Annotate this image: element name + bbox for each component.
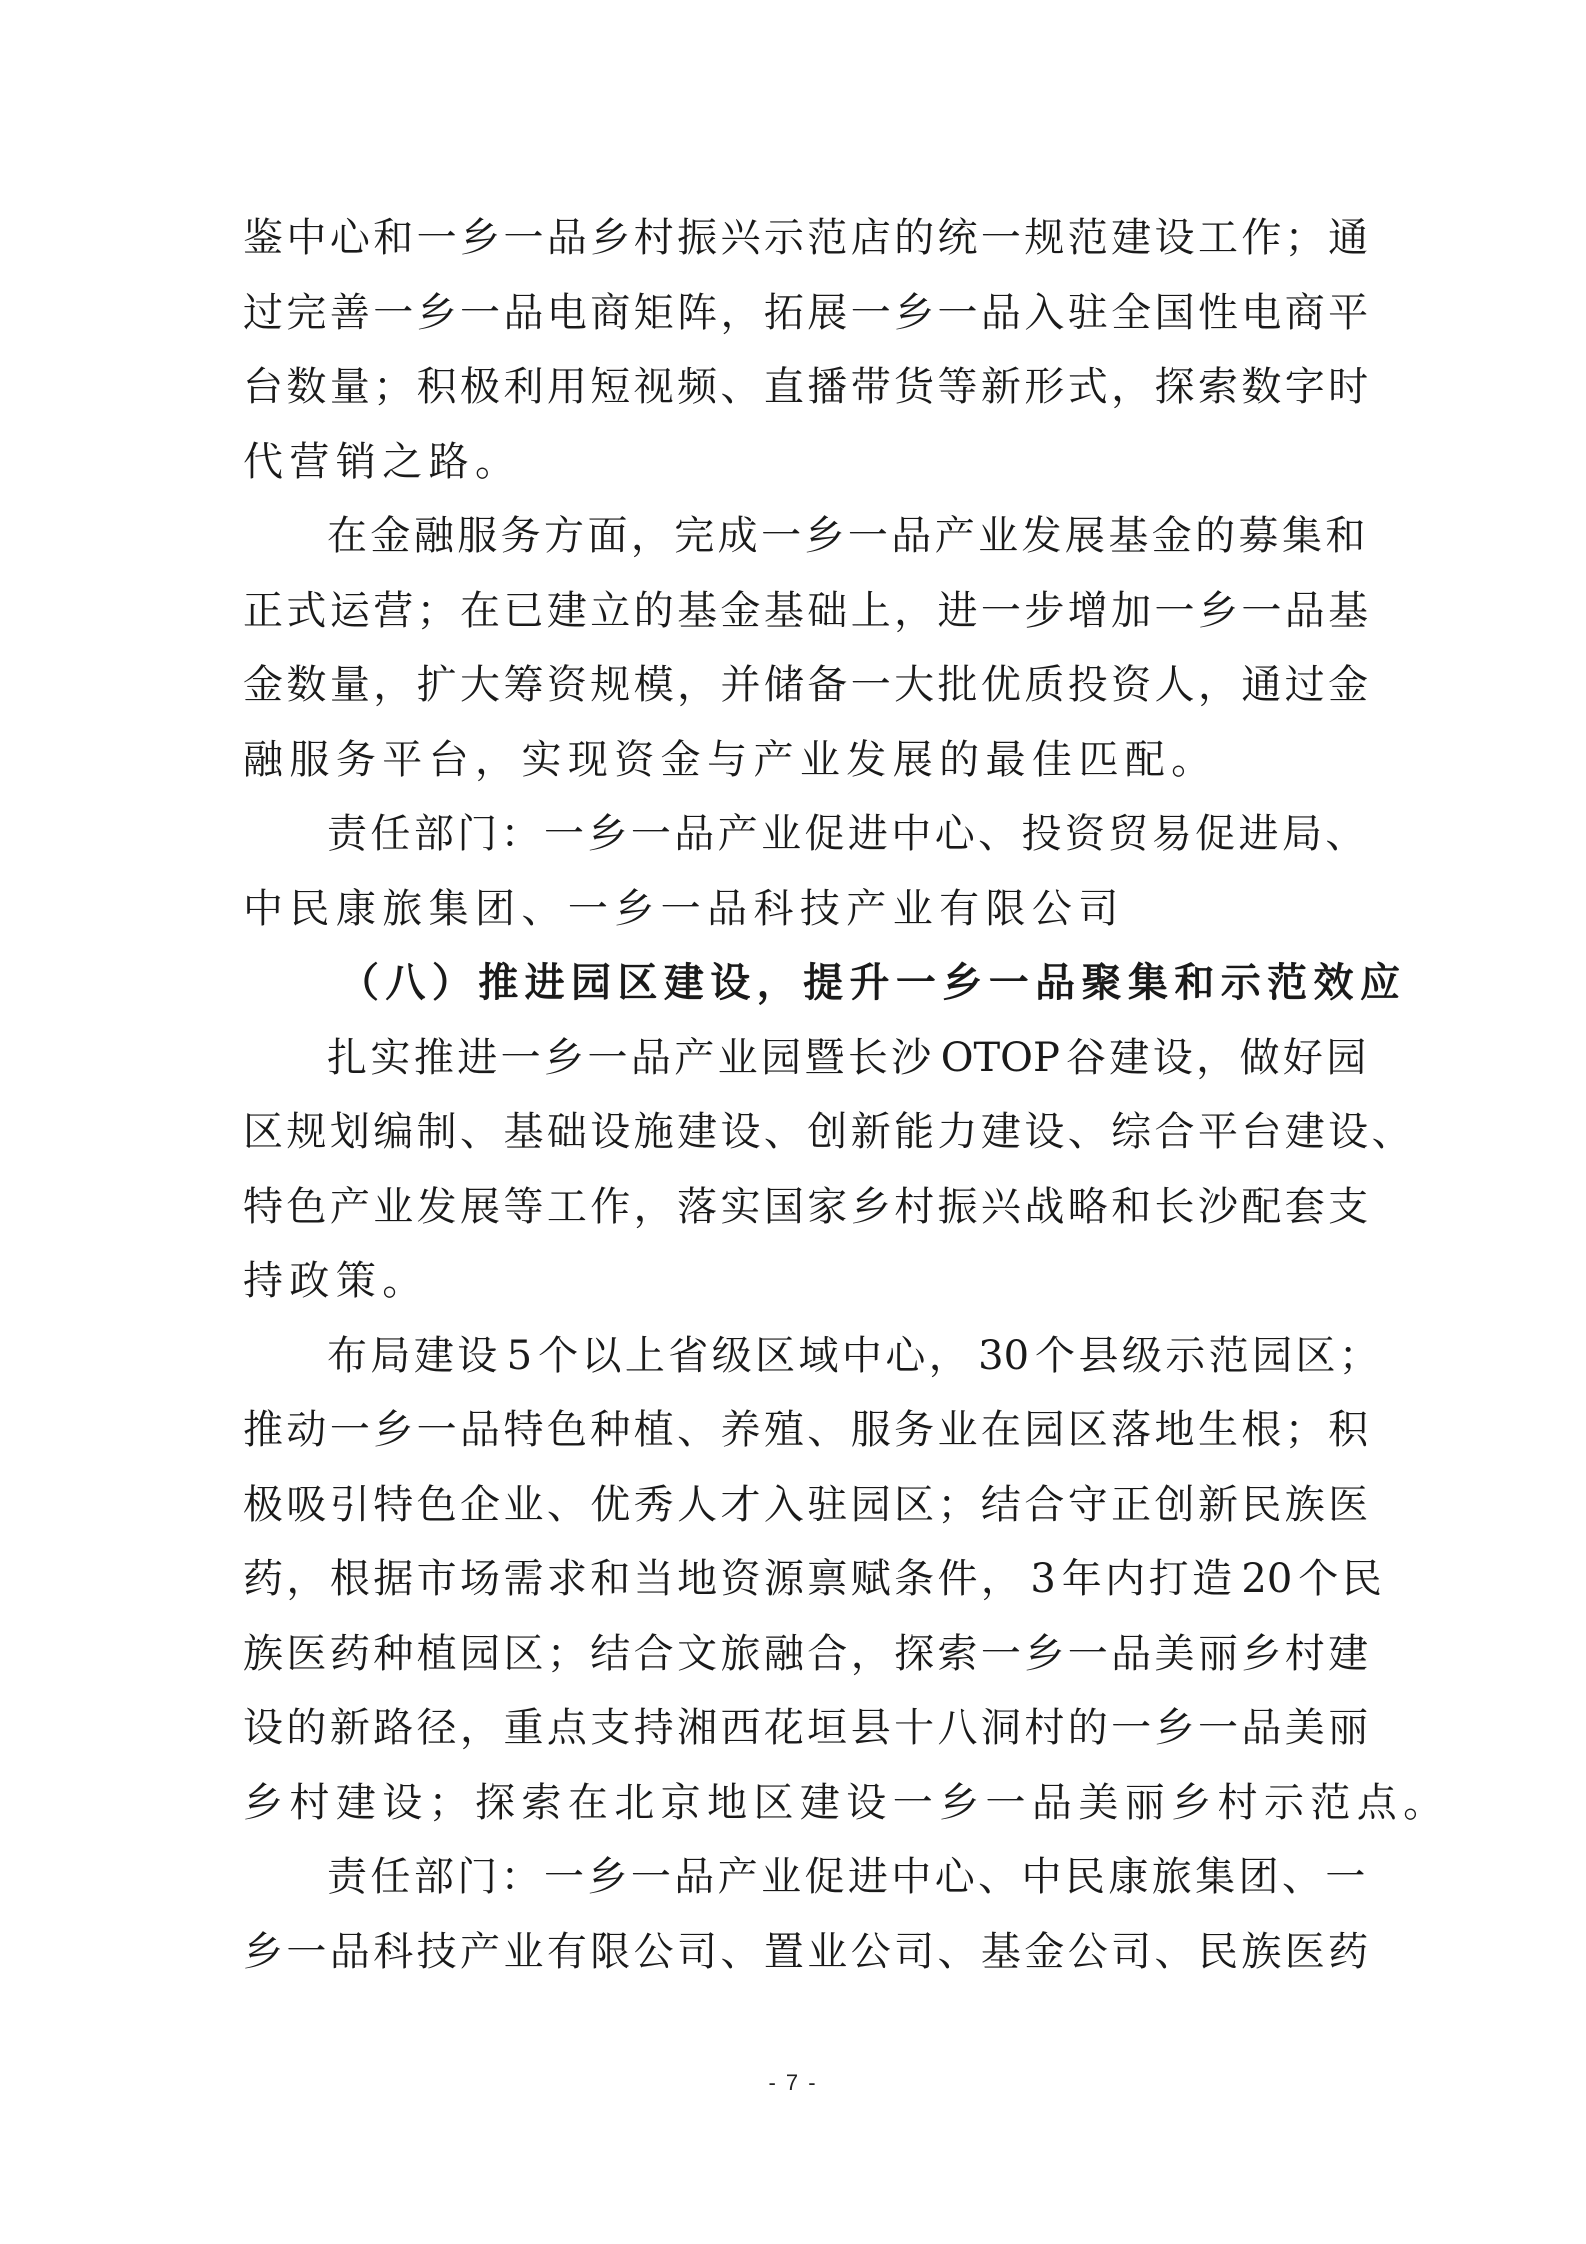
text-line: 乡村建设；探索在北京地区建设一乡一品美丽乡村示范点。	[243, 1773, 1347, 1848]
responsible-departments-2: 责任部门：一乡一品产业促进中心、中民康旅集团、一	[243, 1847, 1347, 1922]
text-line: 区规划编制、基础设施建设、创新能力建设、综合平台建设、	[243, 1102, 1347, 1177]
responsible-departments-1: 责任部门：一乡一品产业促进中心、投资贸易促进局、	[243, 804, 1347, 879]
text-line: 中民康旅集团、一乡一品科技产业有限公司	[243, 879, 1347, 954]
text-line: 融服务平台，实现资金与产业发展的最佳匹配。	[243, 730, 1347, 805]
text-line: 持政策。	[243, 1251, 1347, 1326]
text-line: 鉴中心和一乡一品乡村振兴示范店的统一规范建设工作；通	[243, 208, 1347, 283]
text-line: 正式运营；在已建立的基金基础上，进一步增加一乡一品基	[243, 581, 1347, 656]
section-heading-8: （八）推进园区建设，提升一乡一品聚集和示范效应	[243, 953, 1347, 1028]
text-line: 极吸引特色企业、优秀人才入驻园区；结合守正创新民族医	[243, 1475, 1347, 1550]
text-line: 台数量；积极利用短视频、直播带货等新形式，探索数字时	[243, 357, 1347, 432]
paragraph-park-construction: 扎实推进一乡一品产业园暨长沙OTOP谷建设，做好园	[243, 1028, 1347, 1103]
page-number: - 7 -	[0, 2070, 1586, 2096]
text-line: 药，根据市场需求和当地资源禀赋条件，3年内打造20个民	[243, 1549, 1347, 1624]
text-line: 金数量，扩大筹资规模，并储备一大批优质投资人，通过金	[243, 655, 1347, 730]
text-line: 过完善一乡一品电商矩阵，拓展一乡一品入驻全国性电商平	[243, 283, 1347, 358]
paragraph-financial-services: 在金融服务方面，完成一乡一品产业发展基金的募集和	[243, 506, 1347, 581]
text-line: 族医药种植园区；结合文旅融合，探索一乡一品美丽乡村建	[243, 1624, 1347, 1699]
text-line: 推动一乡一品特色种植、养殖、服务业在园区落地生根；积	[243, 1400, 1347, 1475]
text-line: 设的新路径，重点支持湘西花垣县十八洞村的一乡一品美丽	[243, 1698, 1347, 1773]
text-line: 特色产业发展等工作，落实国家乡村振兴战略和长沙配套支	[243, 1177, 1347, 1252]
document-body: 鉴中心和一乡一品乡村振兴示范店的统一规范建设工作；通 过完善一乡一品电商矩阵，拓…	[243, 208, 1347, 1996]
paragraph-layout: 布局建设5个以上省级区域中心，30个县级示范园区；	[243, 1326, 1347, 1401]
text-line: 乡一品科技产业有限公司、置业公司、基金公司、民族医药	[243, 1922, 1347, 1997]
text-line: 代营销之路。	[243, 432, 1347, 507]
